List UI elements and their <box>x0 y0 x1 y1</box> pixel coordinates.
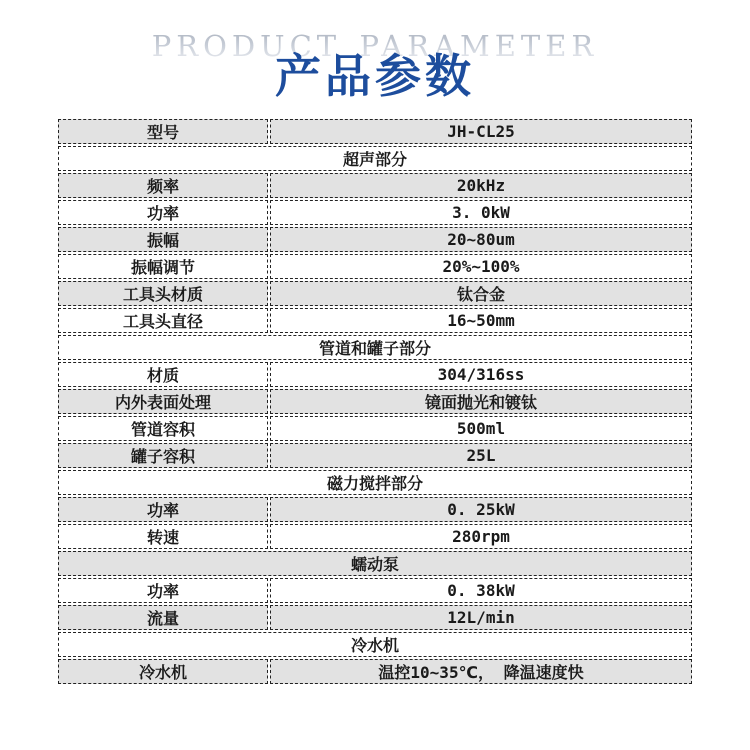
param-value-cell: 16~50mm <box>270 308 692 333</box>
table-row: 功率0. 38kW <box>58 578 692 603</box>
table-row: 功率0. 25kW <box>58 497 692 522</box>
param-label-cell: 功率 <box>58 200 268 225</box>
table-row: 内外表面处理镜面抛光和镀钛 <box>58 389 692 414</box>
param-label-cell: 管道容积 <box>58 416 268 441</box>
table-row: 频率20kHz <box>58 173 692 198</box>
param-value-cell: 12L/min <box>270 605 692 630</box>
table-row: 管道容积500ml <box>58 416 692 441</box>
param-label-cell: 振幅 <box>58 227 268 252</box>
param-value-cell: 镜面抛光和镀钛 <box>270 389 692 414</box>
section-title: 管道和罐子部分 <box>58 335 692 360</box>
param-label-cell: 工具头材质 <box>58 281 268 306</box>
param-label-cell: 工具头直径 <box>58 308 268 333</box>
param-value-cell: 20%~100% <box>270 254 692 279</box>
section-title: 超声部分 <box>58 146 692 171</box>
param-label-cell: 内外表面处理 <box>58 389 268 414</box>
section-row: 超声部分 <box>58 146 692 171</box>
param-value-cell: 钛合金 <box>270 281 692 306</box>
parameter-table-body: 型号JH-CL25超声部分频率20kHz功率3. 0kW振幅20~80um振幅调… <box>58 119 692 684</box>
param-label-cell: 功率 <box>58 497 268 522</box>
table-row: 功率3. 0kW <box>58 200 692 225</box>
section-title: 冷水机 <box>58 632 692 657</box>
param-value-cell: 25L <box>270 443 692 468</box>
section-row: 管道和罐子部分 <box>58 335 692 360</box>
param-value-cell: JH-CL25 <box>270 119 692 144</box>
param-value-cell: 3. 0kW <box>270 200 692 225</box>
param-value-cell: 20~80um <box>270 227 692 252</box>
section-title: 蠕动泵 <box>58 551 692 576</box>
param-value-cell: 500ml <box>270 416 692 441</box>
param-label-cell: 材质 <box>58 362 268 387</box>
table-row: 转速280rpm <box>58 524 692 549</box>
page-title: 产品参数 <box>0 50 750 102</box>
param-label-cell: 型号 <box>58 119 268 144</box>
product-parameter-page: Product Parameter 产品参数 型号JH-CL25超声部分频率20… <box>0 0 750 750</box>
param-label-cell: 冷水机 <box>58 659 268 684</box>
section-row: 冷水机 <box>58 632 692 657</box>
param-value-cell: 温控10~35℃， 降温速度快 <box>270 659 692 684</box>
table-row: 振幅20~80um <box>58 227 692 252</box>
table-row: 流量12L/min <box>58 605 692 630</box>
param-label-cell: 功率 <box>58 578 268 603</box>
table-row: 材质304/316ss <box>58 362 692 387</box>
param-value-cell: 0. 25kW <box>270 497 692 522</box>
param-value-cell: 280rpm <box>270 524 692 549</box>
param-label-cell: 振幅调节 <box>58 254 268 279</box>
table-row: 工具头直径16~50mm <box>58 308 692 333</box>
param-value-cell: 0. 38kW <box>270 578 692 603</box>
parameter-table: 型号JH-CL25超声部分频率20kHz功率3. 0kW振幅20~80um振幅调… <box>56 117 694 686</box>
param-label-cell: 流量 <box>58 605 268 630</box>
param-label-cell: 罐子容积 <box>58 443 268 468</box>
section-title: 磁力搅拌部分 <box>58 470 692 495</box>
page-header: Product Parameter 产品参数 <box>0 0 750 102</box>
table-row: 工具头材质钛合金 <box>58 281 692 306</box>
table-row: 振幅调节20%~100% <box>58 254 692 279</box>
param-label-cell: 转速 <box>58 524 268 549</box>
table-row: 型号JH-CL25 <box>58 119 692 144</box>
param-value-cell: 304/316ss <box>270 362 692 387</box>
table-row: 罐子容积25L <box>58 443 692 468</box>
section-row: 磁力搅拌部分 <box>58 470 692 495</box>
table-row: 冷水机温控10~35℃， 降温速度快 <box>58 659 692 684</box>
param-value-cell: 20kHz <box>270 173 692 198</box>
param-label-cell: 频率 <box>58 173 268 198</box>
section-row: 蠕动泵 <box>58 551 692 576</box>
